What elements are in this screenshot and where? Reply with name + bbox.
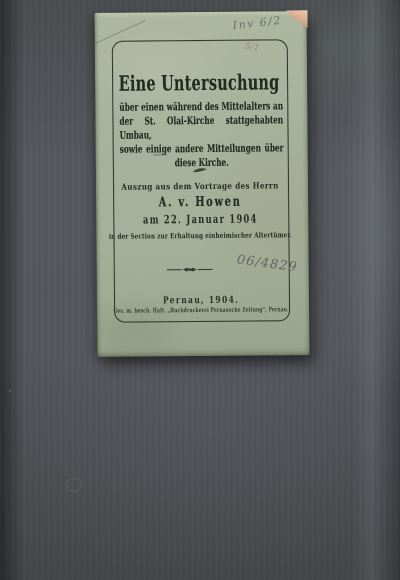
place-year-line: Pernau, 1904. — [163, 295, 239, 307]
society-line: in der Section zur Erhaltung einheimisch… — [109, 230, 292, 241]
fleuron-icon — [192, 159, 208, 178]
subtitle-line-3: sowie einige andere Mitteilungen über — [120, 141, 284, 156]
rule-ornament-icon — [167, 259, 213, 278]
handwritten-inventory-mark: Inv 6/2 — [232, 14, 282, 33]
author-name: A. v. Howen — [159, 194, 242, 211]
lecture-date-line: am 22. Januar 1904 — [143, 212, 258, 227]
scan-artifact-speck — [9, 390, 11, 392]
subtitle-line-2: der St. Olai-Kirche stattgehabten Umbau, — [119, 113, 283, 142]
dog-ear-fold — [285, 10, 307, 28]
stray-pencil-stroke — [154, 154, 167, 155]
lecture-intro-line: Auszug aus dem Vortrage des Herrn — [121, 181, 279, 192]
scan-artifact-ring — [66, 478, 82, 492]
subtitle-line-1: über einen während des Mittelalters an — [119, 99, 283, 114]
scanned-photo: Inv 6/2 5/1 Eine Untersuchung über einen… — [0, 0, 400, 580]
imprint-dot: . — [196, 313, 198, 320]
cover-title: Eine Untersuchung — [119, 69, 280, 95]
booklet-cover: Inv 6/2 5/1 Eine Untersuchung über einen… — [95, 11, 310, 357]
